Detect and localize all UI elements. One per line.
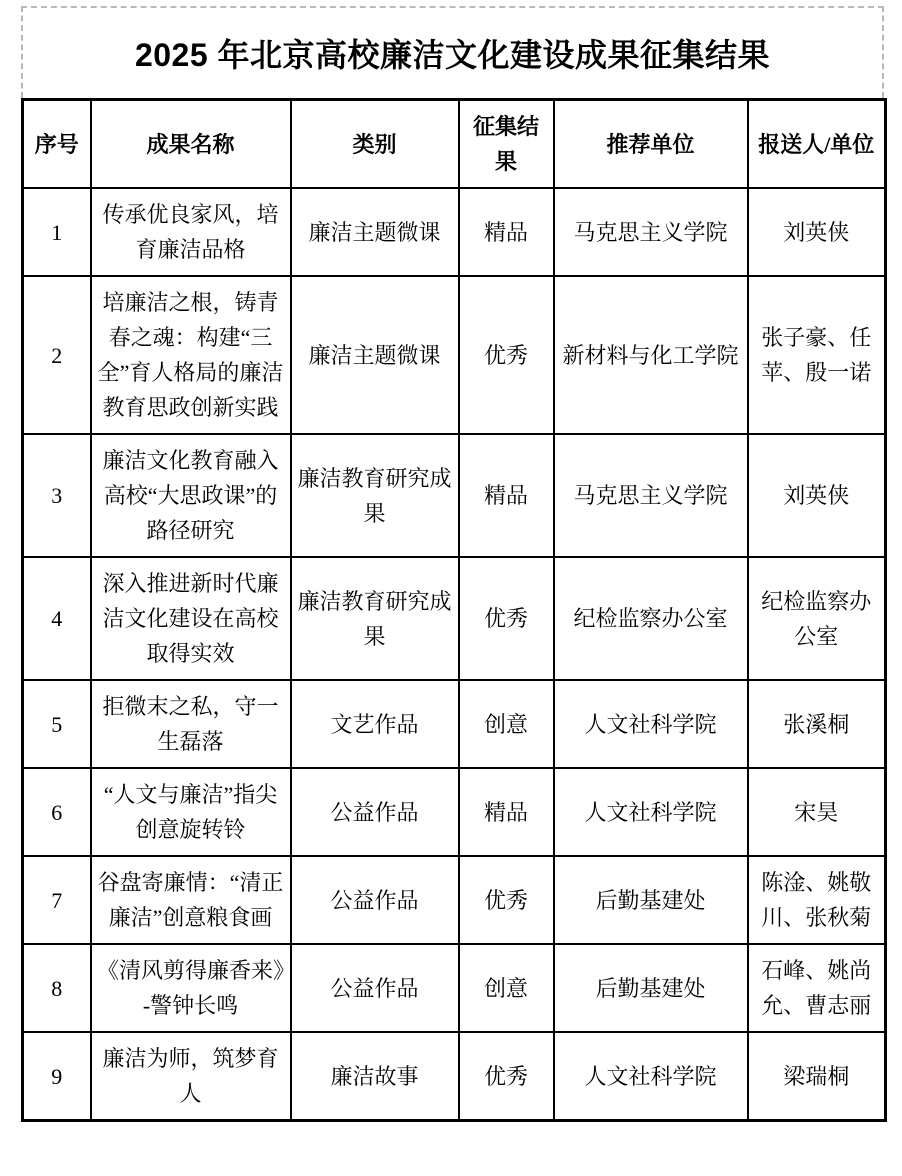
cell-result: 精品 — [459, 768, 554, 856]
cell-name: 廉洁文化教育融入高校“大思政课”的路径研究 — [91, 434, 291, 557]
cell-submitter: 张子豪、任苹、殷一诺 — [748, 276, 886, 434]
cell-result: 精品 — [459, 188, 554, 276]
cell-submitter: 张溪桐 — [748, 680, 886, 768]
cell-category: 廉洁教育研究成果 — [291, 557, 459, 680]
cell-category: 廉洁故事 — [291, 1032, 459, 1121]
cell-no: 3 — [23, 434, 91, 557]
cell-unit: 新材料与化工学院 — [554, 276, 748, 434]
cell-unit: 纪检监察办公室 — [554, 557, 748, 680]
cell-submitter: 刘英侠 — [748, 188, 886, 276]
cell-result: 优秀 — [459, 557, 554, 680]
cell-no: 4 — [23, 557, 91, 680]
results-table: 序号 成果名称 类别 征集结果 推荐单位 报送人/单位 1 传承优良家风，培育廉… — [21, 98, 887, 1122]
cell-unit: 人文社科学院 — [554, 768, 748, 856]
page-title: 2025 年北京高校廉洁文化建设成果征集结果 — [135, 30, 770, 76]
column-header-result: 征集结果 — [459, 100, 554, 189]
cell-unit: 人文社科学院 — [554, 1032, 748, 1121]
table-header-row: 序号 成果名称 类别 征集结果 推荐单位 报送人/单位 — [23, 100, 886, 189]
column-header-unit: 推荐单位 — [554, 100, 748, 189]
cell-submitter: 纪检监察办公室 — [748, 557, 886, 680]
cell-result: 创意 — [459, 944, 554, 1032]
column-header-submitter: 报送人/单位 — [748, 100, 886, 189]
document-page: 2025 年北京高校廉洁文化建设成果征集结果 序号 成果名称 类别 征集结果 推… — [0, 0, 902, 1176]
cell-no: 5 — [23, 680, 91, 768]
cell-submitter: 梁瑞桐 — [748, 1032, 886, 1121]
cell-result: 优秀 — [459, 856, 554, 944]
column-header-no: 序号 — [23, 100, 91, 189]
cell-category: 公益作品 — [291, 944, 459, 1032]
cell-no: 8 — [23, 944, 91, 1032]
table-row: 5 拒微末之私，守一生磊落 文艺作品 创意 人文社科学院 张溪桐 — [23, 680, 886, 768]
cell-unit: 后勤基建处 — [554, 856, 748, 944]
cell-category: 文艺作品 — [291, 680, 459, 768]
cell-no: 7 — [23, 856, 91, 944]
table-row: 7 谷盘寄廉情：“清正廉洁”创意粮食画 公益作品 优秀 后勤基建处 陈淦、姚敬川… — [23, 856, 886, 944]
table-row: 8 《清风剪得廉香来》-警钟长鸣 公益作品 创意 后勤基建处 石峰、姚尚允、曹志… — [23, 944, 886, 1032]
cell-name: 传承优良家风，培育廉洁品格 — [91, 188, 291, 276]
cell-name: 谷盘寄廉情：“清正廉洁”创意粮食画 — [91, 856, 291, 944]
column-header-name: 成果名称 — [91, 100, 291, 189]
cell-no: 2 — [23, 276, 91, 434]
table-row: 1 传承优良家风，培育廉洁品格 廉洁主题微课 精品 马克思主义学院 刘英侠 — [23, 188, 886, 276]
cell-unit: 马克思主义学院 — [554, 188, 748, 276]
cell-category: 廉洁主题微课 — [291, 188, 459, 276]
cell-submitter: 刘英侠 — [748, 434, 886, 557]
table-row: 9 廉洁为师，筑梦育人 廉洁故事 优秀 人文社科学院 梁瑞桐 — [23, 1032, 886, 1121]
table-row: 4 深入推进新时代廉洁文化建设在高校取得实效 廉洁教育研究成果 优秀 纪检监察办… — [23, 557, 886, 680]
cell-submitter: 陈淦、姚敬川、张秋菊 — [748, 856, 886, 944]
title-box: 2025 年北京高校廉洁文化建设成果征集结果 — [21, 6, 884, 98]
cell-no: 1 — [23, 188, 91, 276]
cell-name: 《清风剪得廉香来》-警钟长鸣 — [91, 944, 291, 1032]
cell-no: 6 — [23, 768, 91, 856]
cell-category: 廉洁主题微课 — [291, 276, 459, 434]
cell-name: 廉洁为师，筑梦育人 — [91, 1032, 291, 1121]
cell-name: 拒微末之私，守一生磊落 — [91, 680, 291, 768]
cell-result: 优秀 — [459, 1032, 554, 1121]
cell-submitter: 宋昊 — [748, 768, 886, 856]
cell-result: 创意 — [459, 680, 554, 768]
cell-name: “人文与廉洁”指尖创意旋转铃 — [91, 768, 291, 856]
cell-submitter: 石峰、姚尚允、曹志丽 — [748, 944, 886, 1032]
cell-category: 公益作品 — [291, 856, 459, 944]
cell-unit: 马克思主义学院 — [554, 434, 748, 557]
cell-category: 廉洁教育研究成果 — [291, 434, 459, 557]
table-row: 6 “人文与廉洁”指尖创意旋转铃 公益作品 精品 人文社科学院 宋昊 — [23, 768, 886, 856]
cell-category: 公益作品 — [291, 768, 459, 856]
cell-result: 精品 — [459, 434, 554, 557]
cell-no: 9 — [23, 1032, 91, 1121]
cell-result: 优秀 — [459, 276, 554, 434]
table-row: 2 培廉洁之根，铸青春之魂：构建“三全”育人格局的廉洁教育思政创新实践 廉洁主题… — [23, 276, 886, 434]
column-header-category: 类别 — [291, 100, 459, 189]
cell-name: 培廉洁之根，铸青春之魂：构建“三全”育人格局的廉洁教育思政创新实践 — [91, 276, 291, 434]
table-row: 3 廉洁文化教育融入高校“大思政课”的路径研究 廉洁教育研究成果 精品 马克思主… — [23, 434, 886, 557]
cell-unit: 后勤基建处 — [554, 944, 748, 1032]
cell-name: 深入推进新时代廉洁文化建设在高校取得实效 — [91, 557, 291, 680]
cell-unit: 人文社科学院 — [554, 680, 748, 768]
